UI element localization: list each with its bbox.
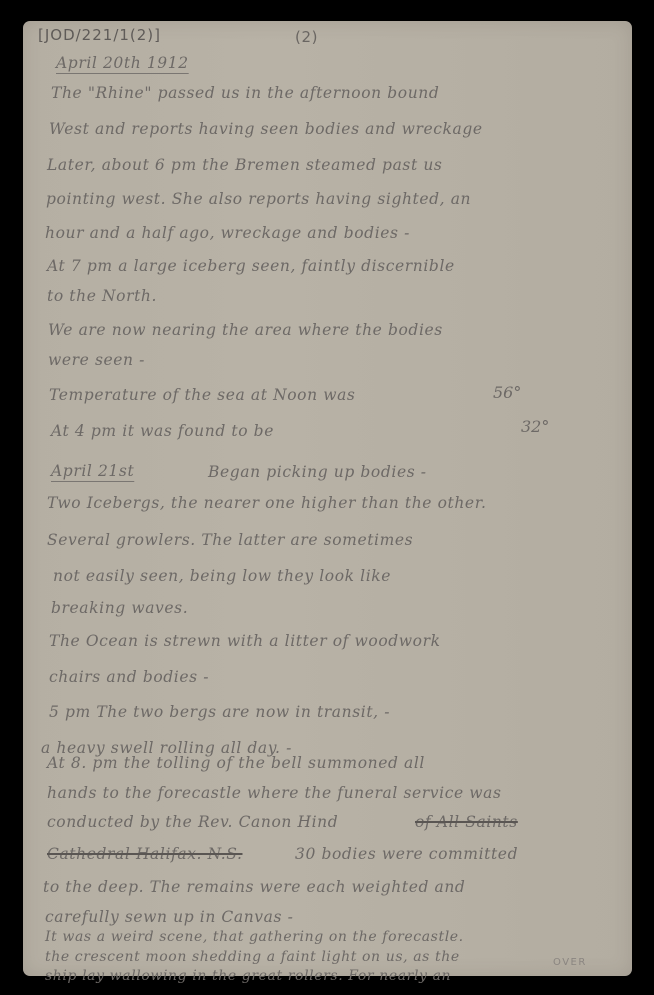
text-line: ship lay wallowing in the great rollers.… (45, 968, 451, 984)
text-line: Several growlers. The latter are sometim… (47, 531, 413, 549)
text-line: At 8. pm the tolling of the bell summone… (47, 754, 425, 772)
text-line: not easily seen, being low they look lik… (53, 567, 391, 585)
text-line: West and reports having seen bodies and … (49, 120, 483, 138)
entry-date-april-21: April 21st (51, 462, 134, 480)
text-line: Temperature of the sea at Noon was (49, 386, 355, 404)
manuscript-page: [JOD/221/1(2)] (2) April 20th 1912 The "… (23, 21, 632, 976)
text-line: Later, about 6 pm the Bremen steamed pas… (47, 156, 442, 174)
text-line: Began picking up bodies - (208, 463, 427, 481)
text-line: to the North. (47, 287, 157, 305)
text-line: breaking waves. (51, 599, 188, 617)
text-line: The "Rhine" passed us in the afternoon b… (51, 84, 439, 102)
struck-text: of All Saints (415, 813, 518, 831)
text-line: hour and a half ago, wreckage and bodies… (45, 224, 410, 242)
text-line: hands to the forecastle where the funera… (47, 784, 502, 802)
temperature-4pm: 32° (521, 417, 549, 436)
text-line: Two Icebergs, the nearer one higher than… (47, 494, 487, 512)
page-number: (2) (295, 28, 318, 46)
text-line: It was a weird scene, that gathering on … (45, 929, 464, 945)
struck-text: Cathedral Halifax. N.S. (47, 845, 242, 863)
text-line: At 4 pm it was found to be (51, 422, 274, 440)
text-line: were seen - (48, 351, 145, 369)
archive-reference: [JOD/221/1(2)] (38, 26, 161, 44)
text-line: We are now nearing the area where the bo… (48, 321, 443, 339)
text-line: conducted by the Rev. Canon Hind (47, 813, 338, 831)
text-line: carefully sewn up in Canvas - (45, 908, 293, 926)
text-line: 5 pm The two bergs are now in transit, - (49, 703, 390, 721)
temperature-noon: 56° (493, 383, 521, 402)
text-line: 30 bodies were committed (295, 845, 518, 863)
text-line: the crescent moon shedding a faint light… (45, 949, 460, 965)
over-marker: OVER (553, 957, 587, 968)
text-line: chairs and bodies - (49, 668, 209, 686)
text-line: pointing west. She also reports having s… (46, 190, 471, 208)
text-line: to the deep. The remains were each weigh… (43, 878, 465, 896)
text-line: At 7 pm a large iceberg seen, faintly di… (47, 257, 455, 275)
entry-date-april-20: April 20th 1912 (56, 54, 189, 72)
text-line: The Ocean is strewn with a litter of woo… (49, 632, 441, 650)
